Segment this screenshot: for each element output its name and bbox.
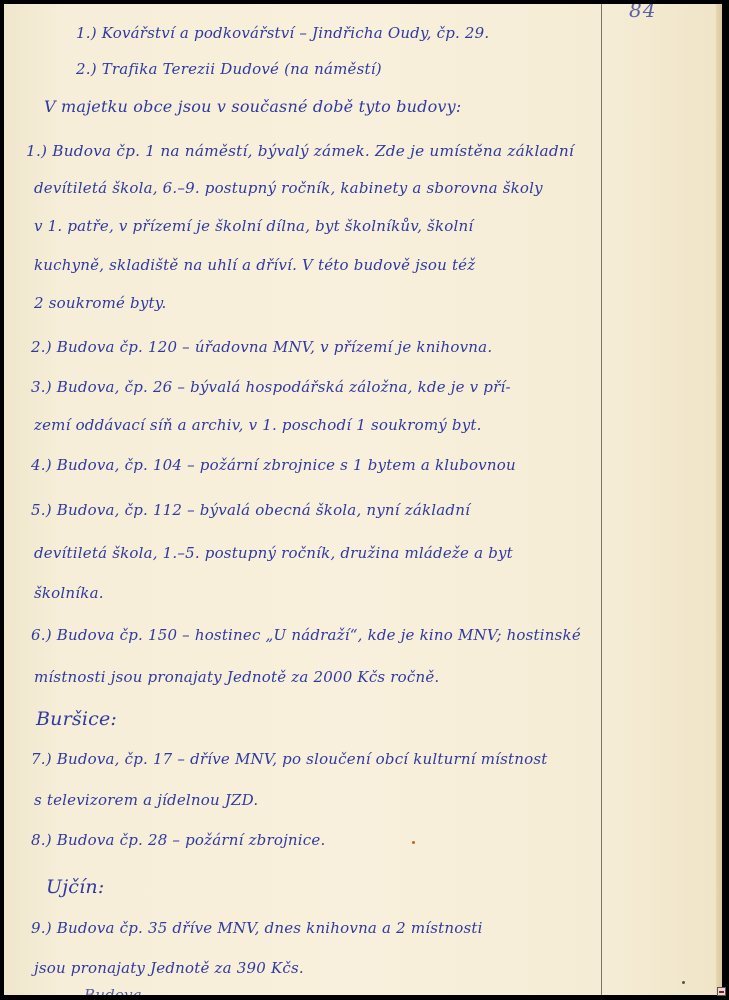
building-6-line-1: 6.) Budova čp. 150 – hostinec „U nádraží… [31, 626, 581, 644]
building-6-line-2: místnosti jsou pronajaty Jednotě za 2000… [34, 668, 439, 686]
building-5-line-3: školníka. [34, 584, 104, 602]
building-9-line-1: 9.) Budova čp. 35 dříve MNV, dnes knihov… [31, 919, 483, 937]
handwritten-chronicle-page: 84 1.) Kovářství a podkovářství – Jindři… [4, 4, 722, 995]
minimize-icon[interactable] [717, 987, 726, 996]
building-1-line-3: v 1. patře, v přízemí je školní dílna, b… [34, 217, 473, 235]
building-7-line-1: 7.) Budova, čp. 17 – dříve MNV, po slouč… [31, 750, 547, 768]
building-9-line-2: jsou pronajaty Jednotě za 390 Kčs. [34, 959, 304, 977]
heading-ujcin: Ujčín: [46, 876, 104, 898]
paper-speck [682, 981, 685, 984]
building-2: 2.) Budova čp. 120 – úřadovna MNV, v pří… [31, 338, 492, 356]
building-5-line-2: devítiletá škola, 1.–5. postupný ročník,… [34, 544, 513, 562]
ink-speck [412, 841, 415, 844]
building-3-line-2: zemí oddávací síň a archiv, v 1. poschod… [34, 416, 482, 434]
building-7-line-2: s televizorem a jídelnou JZD. [34, 791, 258, 809]
heading-bursice: Buršice: [36, 708, 117, 730]
business-item-2: 2.) Trafika Terezii Dudové (na náměstí) [76, 60, 382, 78]
section-intro: V majetku obce jsou v současné době tyto… [44, 97, 462, 116]
building-8: 8.) Budova čp. 28 – požární zbrojnice. [31, 831, 325, 849]
page-number: 84 [629, 4, 656, 22]
building-1-line-1: 1.) Budova čp. 1 na náměstí, bývalý záme… [26, 142, 574, 160]
building-1-line-4: kuchyně, skladiště na uhlí a dříví. V té… [34, 256, 475, 274]
building-3-line-1: 3.) Budova, čp. 26 – bývalá hospodářská … [31, 378, 511, 396]
business-item-1: 1.) Kovářství a podkovářství – Jindřicha… [76, 24, 489, 42]
margin-line [601, 4, 602, 995]
building-1-line-5: 2 soukromé byty. [34, 294, 166, 312]
building-4: 4.) Budova, čp. 104 – požární zbrojnice … [31, 456, 516, 474]
next-line-cut-off: Budova ... [84, 986, 162, 995]
building-1-line-2: devítiletá škola, 6.–9. postupný ročník,… [34, 179, 543, 197]
building-5-line-1: 5.) Budova, čp. 112 – bývalá obecná škol… [31, 501, 470, 519]
